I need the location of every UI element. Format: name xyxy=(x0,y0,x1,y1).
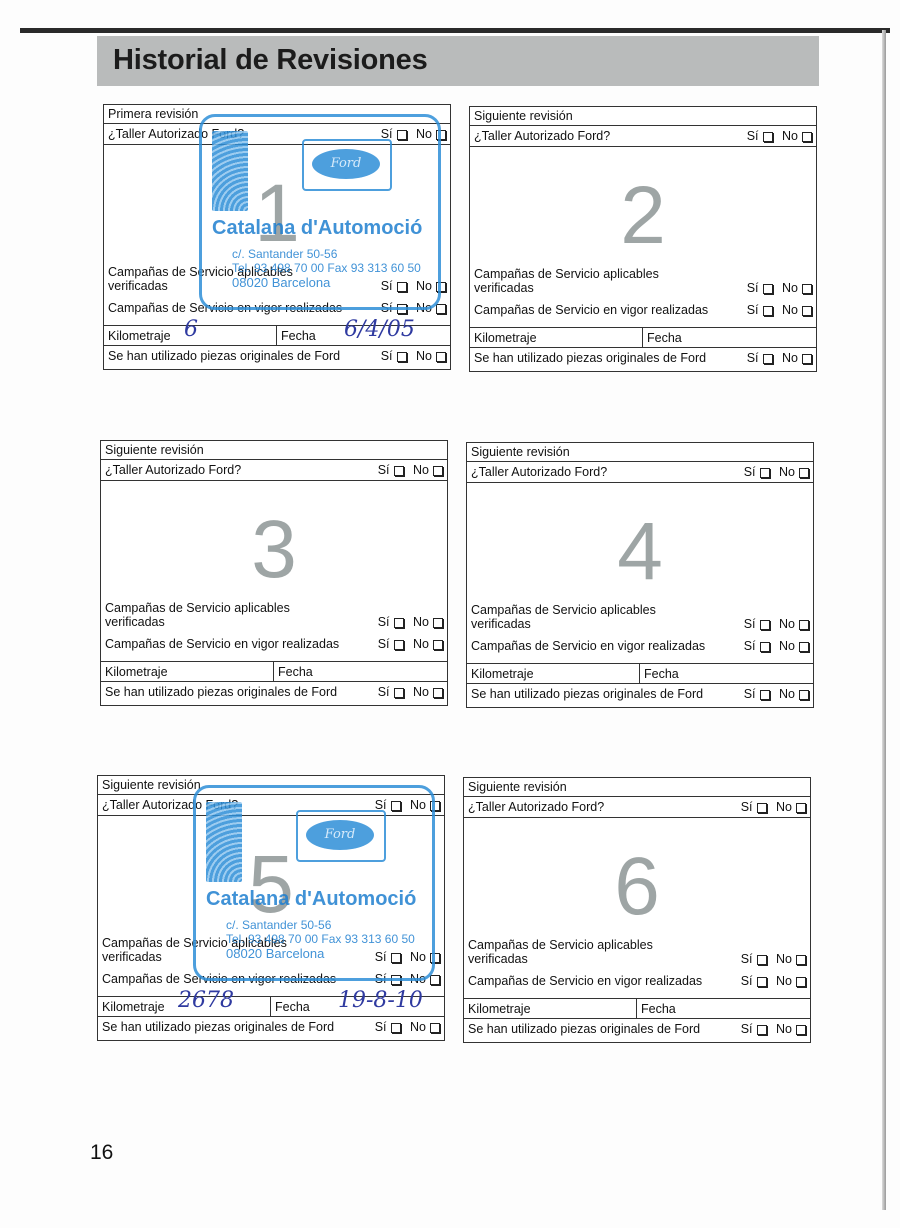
checkbox-icon[interactable] xyxy=(397,352,407,362)
taller-row: ¿Taller Autorizado Ford? Sí No xyxy=(464,797,810,818)
dealer-stamp: Ford Catalana d'Automoció c/. Santander … xyxy=(193,785,435,981)
yes-option[interactable]: Sí xyxy=(747,281,773,295)
no-option[interactable]: No xyxy=(776,974,806,988)
yes-option[interactable]: Sí xyxy=(741,974,767,988)
revision-card: Siguiente revisión ¿Taller Autorizado Fo… xyxy=(463,777,811,1043)
revision-number: 4 xyxy=(467,505,813,599)
campaigns-applicable-yes-no: Sí No xyxy=(735,952,806,966)
taller-yes-no: Sí No xyxy=(738,462,809,482)
km-label: Kilometraje xyxy=(471,667,534,681)
taller-row: ¿Taller Autorizado Ford? Sí No xyxy=(470,126,816,147)
checkbox-icon[interactable] xyxy=(799,468,809,478)
km-label: Kilometraje xyxy=(102,1000,165,1014)
no-option[interactable]: No xyxy=(413,615,443,629)
page-header: Historial de Revisiones xyxy=(97,36,819,86)
km-label: Kilometraje xyxy=(468,1002,531,1016)
card-title: Siguiente revisión xyxy=(101,441,447,460)
checkbox-icon[interactable] xyxy=(394,688,404,698)
original-parts-yes-no: Sí No xyxy=(741,348,812,368)
checkbox-icon[interactable] xyxy=(763,132,773,142)
taller-label: ¿Taller Autorizado Ford? xyxy=(468,800,604,814)
km-date-row: Kilometraje Fecha xyxy=(101,661,447,682)
taller-label: ¿Taller Autorizado Ford? xyxy=(105,463,241,477)
yes-option[interactable]: Sí xyxy=(747,303,773,317)
no-option[interactable]: No xyxy=(776,800,806,814)
checkbox-icon[interactable] xyxy=(757,803,767,813)
original-parts-yes-no: Sí No xyxy=(738,684,809,704)
campaigns-applicable-yes-no: Sí No xyxy=(738,617,809,631)
taller-label: ¿Taller Autorizado Ford? xyxy=(471,465,607,479)
campaigns-done-yes-no: Sí No xyxy=(735,974,806,988)
campaigns-done-row: Campañas de Servicio en vigor realizadas… xyxy=(468,974,806,988)
original-parts-yes-no: Sí No xyxy=(369,1017,440,1037)
taller-label: ¿Taller Autorizado Ford? xyxy=(474,129,610,143)
no-option[interactable]: No xyxy=(776,1022,806,1036)
campaigns-applicable-row: Campañas de Servicio aplicables verifica… xyxy=(105,601,443,629)
checkbox-icon[interactable] xyxy=(796,803,806,813)
yes-option[interactable]: Sí xyxy=(744,639,770,653)
yes-option[interactable]: Sí xyxy=(378,685,404,699)
stamp-city: 08020 Barcelona xyxy=(232,275,330,290)
card-title: Siguiente revisión xyxy=(464,778,810,797)
stamp-address: c/. Santander 50-56 xyxy=(226,918,331,932)
no-option[interactable]: No xyxy=(413,637,443,651)
dealer-stamp: Ford Catalana d'Automoció c/. Santander … xyxy=(199,114,441,310)
date-label: Fecha xyxy=(647,331,682,345)
revision-card: Siguiente revisión ¿Taller Autorizado Fo… xyxy=(469,106,817,372)
date-cell: Fecha xyxy=(276,326,316,345)
campaigns-done-row: Campañas de Servicio en vigor realizadas… xyxy=(105,637,443,651)
ford-logo-icon: Ford xyxy=(296,810,386,862)
km-date-row: Kilometraje Fecha xyxy=(467,663,813,684)
checkbox-icon[interactable] xyxy=(433,688,443,698)
checkbox-icon[interactable] xyxy=(799,690,809,700)
dealer-logo-icon xyxy=(212,131,248,211)
no-option[interactable]: No xyxy=(782,351,812,365)
yes-option[interactable]: Sí xyxy=(381,349,407,363)
checkbox-icon[interactable] xyxy=(436,352,446,362)
revision-number: 3 xyxy=(101,503,447,597)
yes-option[interactable]: Sí xyxy=(741,800,767,814)
checkbox-icon[interactable] xyxy=(433,466,443,476)
date-handwritten: 19-8-10 xyxy=(338,991,423,1011)
date-label: Fecha xyxy=(641,1002,676,1016)
checkbox-icon[interactable] xyxy=(763,306,773,316)
checkbox-icon[interactable] xyxy=(391,1023,401,1033)
original-parts-row: Se han utilizado piezas originales de Fo… xyxy=(467,684,813,705)
original-parts-yes-no: Sí No xyxy=(375,346,446,366)
yes-option[interactable]: Sí xyxy=(747,351,773,365)
km-handwritten: 6 xyxy=(184,320,198,340)
date-handwritten: 6/4/05 xyxy=(344,320,415,340)
revision-number: 2 xyxy=(470,169,816,263)
campaigns-applicable-row: Campañas de Servicio aplicables verifica… xyxy=(474,267,812,295)
stamp-phone: Tel. 93 498 70 00 Fax 93 313 60 50 xyxy=(232,261,421,275)
date-label: Fecha xyxy=(275,1000,310,1014)
stamp-address: c/. Santander 50-56 xyxy=(232,247,337,261)
no-option[interactable]: No xyxy=(779,687,809,701)
km-label: Kilometraje xyxy=(108,329,171,343)
checkbox-icon[interactable] xyxy=(760,642,770,652)
checkbox-icon[interactable] xyxy=(760,468,770,478)
campaigns-done-yes-no: Sí No xyxy=(741,303,812,317)
date-label: Fecha xyxy=(281,329,316,343)
km-date-row: Kilometraje Fecha xyxy=(470,327,816,348)
checkbox-icon[interactable] xyxy=(796,955,806,965)
checkbox-icon[interactable] xyxy=(394,466,404,476)
original-parts-row: Se han utilizado piezas originales de Fo… xyxy=(470,348,816,369)
dealer-logo-icon xyxy=(206,802,242,882)
campaigns-done-row: Campañas de Servicio en vigor realizadas… xyxy=(471,639,809,653)
campaigns-done-yes-no: Sí No xyxy=(372,637,443,651)
km-handwritten: 2678 xyxy=(178,991,234,1011)
checkbox-icon[interactable] xyxy=(757,977,767,987)
date-cell: Fecha xyxy=(639,664,679,683)
checkbox-icon[interactable] xyxy=(436,304,446,314)
checkbox-icon[interactable] xyxy=(796,1025,806,1035)
checkbox-icon[interactable] xyxy=(433,618,443,628)
no-option[interactable]: No xyxy=(410,1020,440,1034)
page-top-edge xyxy=(20,28,890,33)
no-option[interactable]: No xyxy=(779,639,809,653)
campaigns-applicable-yes-no: Sí No xyxy=(372,615,443,629)
original-parts-yes-no: Sí No xyxy=(735,1019,806,1039)
no-option[interactable]: No xyxy=(782,281,812,295)
yes-option[interactable]: Sí xyxy=(747,129,773,143)
campaigns-applicable-row: Campañas de Servicio aplicables verifica… xyxy=(468,938,806,966)
original-parts-yes-no: Sí No xyxy=(372,682,443,702)
original-parts-row: Se han utilizado piezas originales de Fo… xyxy=(104,346,450,367)
checkbox-icon[interactable] xyxy=(757,1025,767,1035)
card-title: Siguiente revisión xyxy=(470,107,816,126)
km-label: Kilometraje xyxy=(474,331,537,345)
stamp-city: 08020 Barcelona xyxy=(226,946,324,961)
checkbox-icon[interactable] xyxy=(763,284,773,294)
checkbox-icon[interactable] xyxy=(394,640,404,650)
original-parts-row: Se han utilizado piezas originales de Fo… xyxy=(464,1019,810,1040)
checkbox-icon[interactable] xyxy=(433,640,443,650)
ford-logo-icon: Ford xyxy=(302,139,392,191)
checkbox-icon[interactable] xyxy=(802,354,812,364)
yes-option[interactable]: Sí xyxy=(741,1022,767,1036)
campaigns-done-row: Campañas de Servicio en vigor realizadas… xyxy=(474,303,812,317)
checkbox-icon[interactable] xyxy=(796,977,806,987)
yes-option[interactable]: Sí xyxy=(375,1020,401,1034)
km-date-row: Kilometraje Fecha xyxy=(464,998,810,1019)
taller-yes-no: Sí No xyxy=(372,460,443,480)
page-number: 16 xyxy=(90,1141,113,1165)
campaigns-applicable-yes-no: Sí No xyxy=(741,281,812,295)
no-option[interactable]: No xyxy=(416,349,446,363)
checkbox-icon[interactable] xyxy=(430,1023,440,1033)
km-date-row: Kilometraje Fecha 6 6/4/05 xyxy=(104,325,450,346)
km-label: Kilometraje xyxy=(105,665,168,679)
checkbox-icon[interactable] xyxy=(802,306,812,316)
yes-option[interactable]: Sí xyxy=(378,637,404,651)
stamp-phone: Tel. 93 498 70 00 Fax 93 313 60 50 xyxy=(226,932,415,946)
taller-row: ¿Taller Autorizado Ford? Sí No xyxy=(101,460,447,481)
page-title: Historial de Revisiones xyxy=(113,44,428,77)
date-cell: Fecha xyxy=(270,997,310,1016)
stamp-name: Catalana d'Automoció xyxy=(206,888,416,911)
checkbox-icon[interactable] xyxy=(799,642,809,652)
page-right-edge xyxy=(882,30,886,1210)
checkbox-icon[interactable] xyxy=(757,955,767,965)
checkbox-icon[interactable] xyxy=(799,620,809,630)
card-title: Siguiente revisión xyxy=(467,443,813,462)
taller-row: ¿Taller Autorizado Ford? Sí No xyxy=(467,462,813,483)
no-option[interactable]: No xyxy=(413,463,443,477)
no-option[interactable]: No xyxy=(779,617,809,631)
revision-number: 6 xyxy=(464,840,810,934)
checkbox-icon[interactable] xyxy=(763,354,773,364)
checkbox-icon[interactable] xyxy=(760,690,770,700)
campaigns-done-yes-no: Sí No xyxy=(738,639,809,653)
original-parts-row: Se han utilizado piezas originales de Fo… xyxy=(101,682,447,703)
no-option[interactable]: No xyxy=(779,465,809,479)
date-cell: Fecha xyxy=(642,328,682,347)
original-parts-row: Se han utilizado piezas originales de Fo… xyxy=(98,1017,444,1038)
checkbox-icon[interactable] xyxy=(802,284,812,294)
no-option[interactable]: No xyxy=(782,129,812,143)
yes-option[interactable]: Sí xyxy=(744,687,770,701)
checkbox-icon[interactable] xyxy=(394,618,404,628)
no-option[interactable]: No xyxy=(776,952,806,966)
checkbox-icon[interactable] xyxy=(802,132,812,142)
revision-card: Siguiente revisión ¿Taller Autorizado Fo… xyxy=(100,440,448,706)
date-label: Fecha xyxy=(278,665,313,679)
no-option[interactable]: No xyxy=(782,303,812,317)
revision-card: Siguiente revisión ¿Taller Autorizado Fo… xyxy=(466,442,814,708)
stamp-name: Catalana d'Automoció xyxy=(212,217,422,240)
taller-yes-no: Sí No xyxy=(735,797,806,817)
campaigns-applicable-row: Campañas de Servicio aplicables verifica… xyxy=(471,603,809,631)
checkbox-icon[interactable] xyxy=(430,975,440,985)
date-label: Fecha xyxy=(644,667,679,681)
yes-option[interactable]: Sí xyxy=(744,465,770,479)
yes-option[interactable]: Sí xyxy=(378,615,404,629)
no-option[interactable]: No xyxy=(413,685,443,699)
checkbox-icon[interactable] xyxy=(760,620,770,630)
yes-option[interactable]: Sí xyxy=(741,952,767,966)
km-date-row: Kilometraje Fecha 2678 19-8-10 xyxy=(98,996,444,1017)
taller-yes-no: Sí No xyxy=(741,126,812,146)
yes-option[interactable]: Sí xyxy=(744,617,770,631)
yes-option[interactable]: Sí xyxy=(378,463,404,477)
date-cell: Fecha xyxy=(273,662,313,681)
date-cell: Fecha xyxy=(636,999,676,1018)
